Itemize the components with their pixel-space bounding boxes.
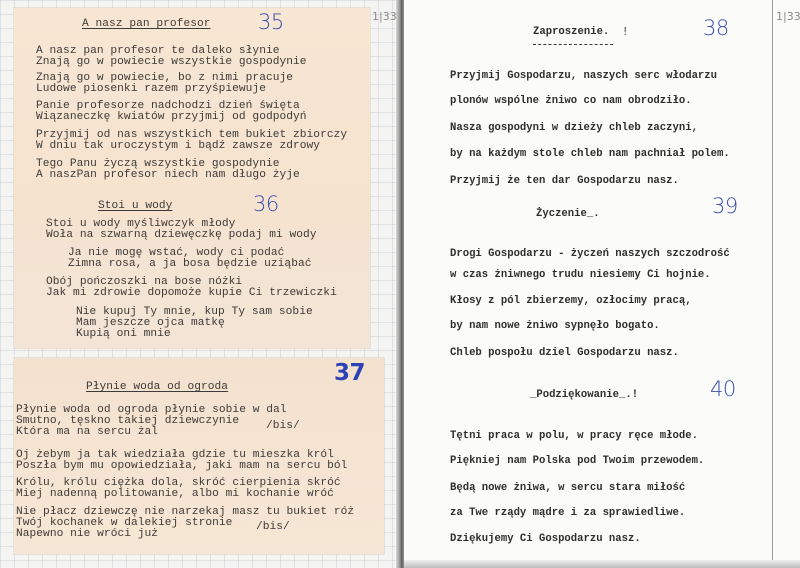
repeat-mark: /bis/ (266, 421, 300, 432)
song-35-line: Ludowe piosenki razem przyśpiewuje (36, 84, 266, 95)
repeat-mark: /bis/ (256, 522, 290, 533)
song-35-line: Wiązaneczkę kwiatów przyjmij od godpodyń (36, 112, 307, 123)
song-37-number: 37 (334, 360, 365, 386)
song-36-line: Zimna rosa, a ja bosa będzie uziąbać (68, 259, 312, 270)
song-35-line: W dniu tak uroczystym i bądź zawsze zdro… (36, 141, 320, 152)
song-36-number: 36 (253, 192, 279, 216)
song-35-line: Tego Panu życzą wszystkie gospodynie (36, 159, 280, 170)
section-40-line: za Twe rządy mądre i za sprawiedliwe. (450, 507, 685, 519)
title-underline (533, 44, 613, 45)
section-39-line: w czas żniwnego trudu niesiemy Ci hojnie… (450, 269, 711, 281)
section-39-title: Życzenie_. (536, 208, 600, 220)
section-38-line: Nasza gospodyni w dzieży chleb zaczyni, (450, 122, 698, 134)
section-38-line: plonów wspólne żniwo co nam obrodziło. (450, 95, 692, 107)
song-37-line: Oj żebym ja tak wiedziała gdzie tu miesz… (16, 450, 334, 461)
song-35-line: Znają go w powiecie, bo z nimi pracuje (36, 73, 293, 84)
section-38-title-mark: ! (623, 25, 627, 38)
song-35-line: Panie profesorze nadchodzi dzień święta (36, 101, 300, 112)
section-40-line: Dziękujemy Ci Gospodarzu nasz. (450, 533, 641, 545)
right-page-margin-note: 1|33 (776, 10, 800, 23)
song-35-number: 35 (258, 10, 284, 34)
song-36-line: Jak mi zdrowie dopomoże kupie Ci trzewic… (46, 288, 337, 299)
section-39-line: Drogi Gospodarzu - życzeń naszych szczod… (450, 248, 730, 260)
song-35-title: A nasz pan profesor (82, 19, 211, 30)
song-35-line: Znają go w powiecie wszystkie gospodynie (36, 57, 307, 68)
section-39-number: 39 (712, 194, 738, 218)
section-38-title: Zaproszenie. (533, 26, 609, 38)
section-40-line: Tętni praca w polu, w pracy ręce młode. (450, 430, 698, 442)
left-page-margin-note: 1|33 (372, 10, 397, 23)
right-page-bottom-edge (404, 560, 800, 568)
song-36-line: Woła na szwarną dziewęczkę podaj mi wody (46, 230, 317, 241)
song-36-title: Stoi u wody (98, 201, 172, 212)
song-37-line: Królu, królu ciężka dola, skróć cierpien… (16, 478, 341, 489)
song-37-line: Która ma na sercu żal (16, 427, 158, 438)
right-page-border-line (772, 0, 773, 568)
section-38-line: Przyjmij że ten dar Gospodarzu nasz. (450, 175, 679, 187)
song-36-line: Ja nie mogę wstać, wody ci podać (68, 248, 284, 259)
section-39-line: Kłosy z pól zbierzemy, ozłocimy pracą, (450, 295, 692, 307)
section-39-line: Chleb pospołu dziel Gospodarzu nasz. (450, 347, 679, 359)
song-37-line: Twój kochanek w dalekiej stronie (16, 518, 232, 529)
song-37-line: Napewno nie wróci już (16, 529, 158, 540)
section-40-number: 40 (710, 377, 736, 401)
song-35-line: A naszPan profesor niech nam długo żyje (36, 170, 300, 181)
song-37-line: Smutno, tęskno takiej dziewczynie (16, 416, 239, 427)
song-36-line: Obój pończoszki na bose nóżki (46, 277, 242, 288)
section-40-title: _Podziękowanie_.! (530, 389, 638, 401)
song-36-line: Stoi u wody myśliwczyk młody (46, 219, 235, 230)
section-38-line: Przyjmij Gospodarzu, naszych serc włodar… (450, 70, 717, 82)
song-36-line: Mam jeszcze ojca matkę (76, 318, 225, 329)
section-38-number: 38 (703, 16, 729, 40)
song-36-line: Nie kupuj Ty mnie, kup Ty sam sobie (76, 307, 313, 318)
section-38-line: by na każdym stole chleb nam pachniał po… (450, 148, 730, 160)
song-37-line: Poszła bym mu opowiedziała, jaki mam na … (16, 461, 347, 472)
section-40-line: Piękniej nam Polska pod Twoim przewodem. (450, 455, 704, 467)
song-35-line: A nasz pan profesor te daleko słynie (36, 46, 280, 57)
section-39-line: by nam nowe żniwo sypnęło bogato. (450, 320, 660, 332)
section-40-line: Będą nowe żniwa, w sercu stara miłość (450, 482, 685, 494)
song-37-line: Nie płacz dziewczę nie narzekaj masz tu … (16, 507, 354, 518)
song-35-line: Przyjmij od nas wszystkich tem bukiet zb… (36, 130, 347, 141)
song-37-line: Płynie woda od ogroda płynie sobie w dal (16, 405, 287, 416)
song-37-line: Miej nadenną politowanie, albo mi kochan… (16, 489, 334, 500)
song-37-title: Płynie woda od ogroda (86, 382, 228, 393)
song-36-line: Kupią oni mnie (76, 329, 171, 340)
